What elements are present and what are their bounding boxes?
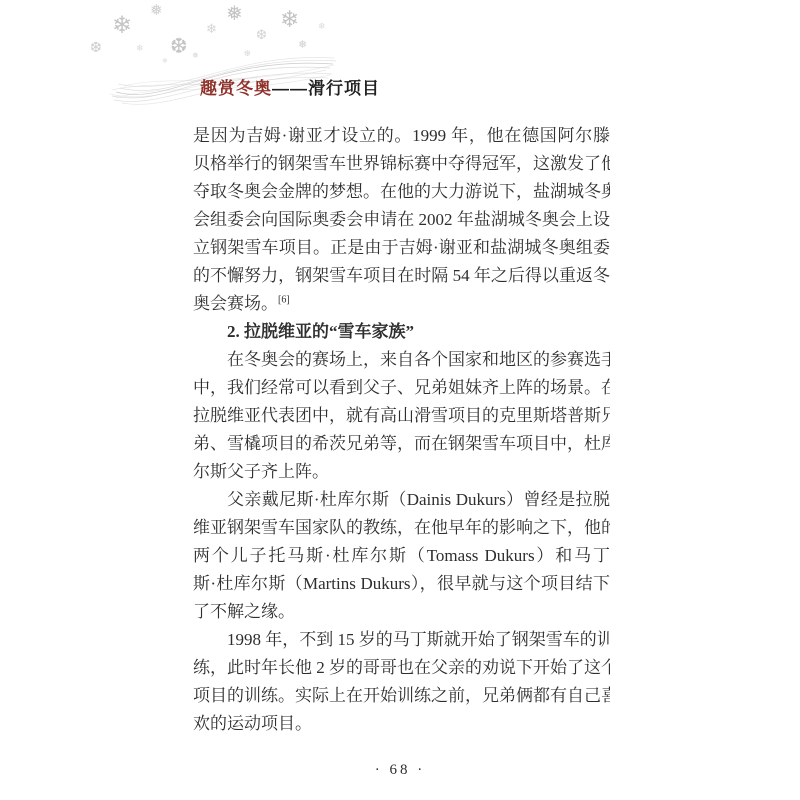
snowflake-icon: ❄: [112, 14, 132, 38]
text-line: 夺取冬奥会金牌的梦想。在他的大力游说下，盐湖城冬奥: [193, 178, 610, 206]
book-page: ❄ ❅ ❆ ❄ ❅ ❆ ❄ ❅ ❆ ❄ ❅ ❆ ❄ ❅ 趣赏冬奥——滑行项目: [0, 0, 800, 800]
snowflake-icon: ❆: [256, 28, 267, 41]
text-line: 尔斯父子齐上阵。: [193, 458, 610, 486]
text-column: 是因为吉姆·谢亚才设立的。1999 年，他在德国阿尔滕贝格举行的钢架雪车世界锦标…: [193, 122, 610, 738]
snowflake-icon: ❄: [206, 22, 217, 35]
chapter-running-head: 趣赏冬奥——滑行项目: [200, 74, 380, 99]
text-line: 斯·杜库尔斯（Martins Dukurs），很早就与这个项目结下: [193, 570, 610, 598]
text-line: 1998 年，不到 15 岁的马丁斯就开始了钢架雪车的训: [193, 626, 610, 654]
text-line: 在冬奥会的赛场上，来自各个国家和地区的参赛选手: [193, 346, 610, 374]
title-dash: ——: [272, 79, 308, 98]
section-heading: 2. 拉脱维亚的“雪车家族”: [193, 318, 610, 346]
text-line: 的不懈努力，钢架雪车项目在时隔 54 年之后得以重返冬: [193, 262, 610, 290]
section-title: 滑行项目: [308, 79, 380, 98]
snowflake-icon: ❄: [280, 8, 299, 31]
text-line: 立钢架雪车项目。正是由于吉姆·谢亚和盐湖城冬奥组委: [193, 234, 610, 262]
snowflake-icon: ❆: [90, 42, 102, 56]
series-title: 趣赏冬奥: [200, 79, 272, 98]
text-line: 是因为吉姆·谢亚才设立的。1999 年，他在德国阿尔滕: [193, 122, 610, 150]
snowflake-icon: ❄: [318, 22, 326, 31]
text-line: 父亲戴尼斯·杜库尔斯（Dainis Dukurs）曾经是拉脱: [193, 486, 610, 514]
text-line: 欢的运动项目。: [193, 710, 610, 738]
footnote-marker: [6]: [278, 294, 290, 305]
text-line: 两个儿子托马斯·杜库尔斯（Tomass Dukurs）和马丁: [193, 542, 610, 570]
text-line: 会组委会向国际奥委会申请在 2002 年盐湖城冬奥会上设: [193, 206, 610, 234]
text-line: 项目的训练。实际上在开始训练之前，兄弟俩都有自己喜: [193, 682, 610, 710]
text-line: 维亚钢架雪车国家队的教练，在他早年的影响之下，他的: [193, 514, 610, 542]
text-line: 贝格举行的钢架雪车世界锦标赛中夺得冠军，这激发了他: [193, 150, 610, 178]
text-line: 拉脱维亚代表团中，就有高山滑雪项目的克里斯塔普斯兄: [193, 402, 610, 430]
text-line: 了不解之缘。: [193, 598, 610, 626]
text-line: 弟、雪橇项目的希茨兄弟等，而在钢架雪车项目中，杜库: [193, 430, 610, 458]
text-line: 中，我们经常可以看到父子、兄弟姐妹齐上阵的场景。在: [193, 374, 610, 402]
page-number: · 68 ·: [0, 762, 800, 779]
snowflake-icon: ❅: [150, 4, 163, 19]
snowflake-icon: ❅: [226, 4, 243, 24]
text-line: 奥会赛场。[6]: [193, 290, 610, 318]
text-line: 练，此时年长他 2 岁的哥哥也在父亲的劝说下开始了这个: [193, 654, 610, 682]
